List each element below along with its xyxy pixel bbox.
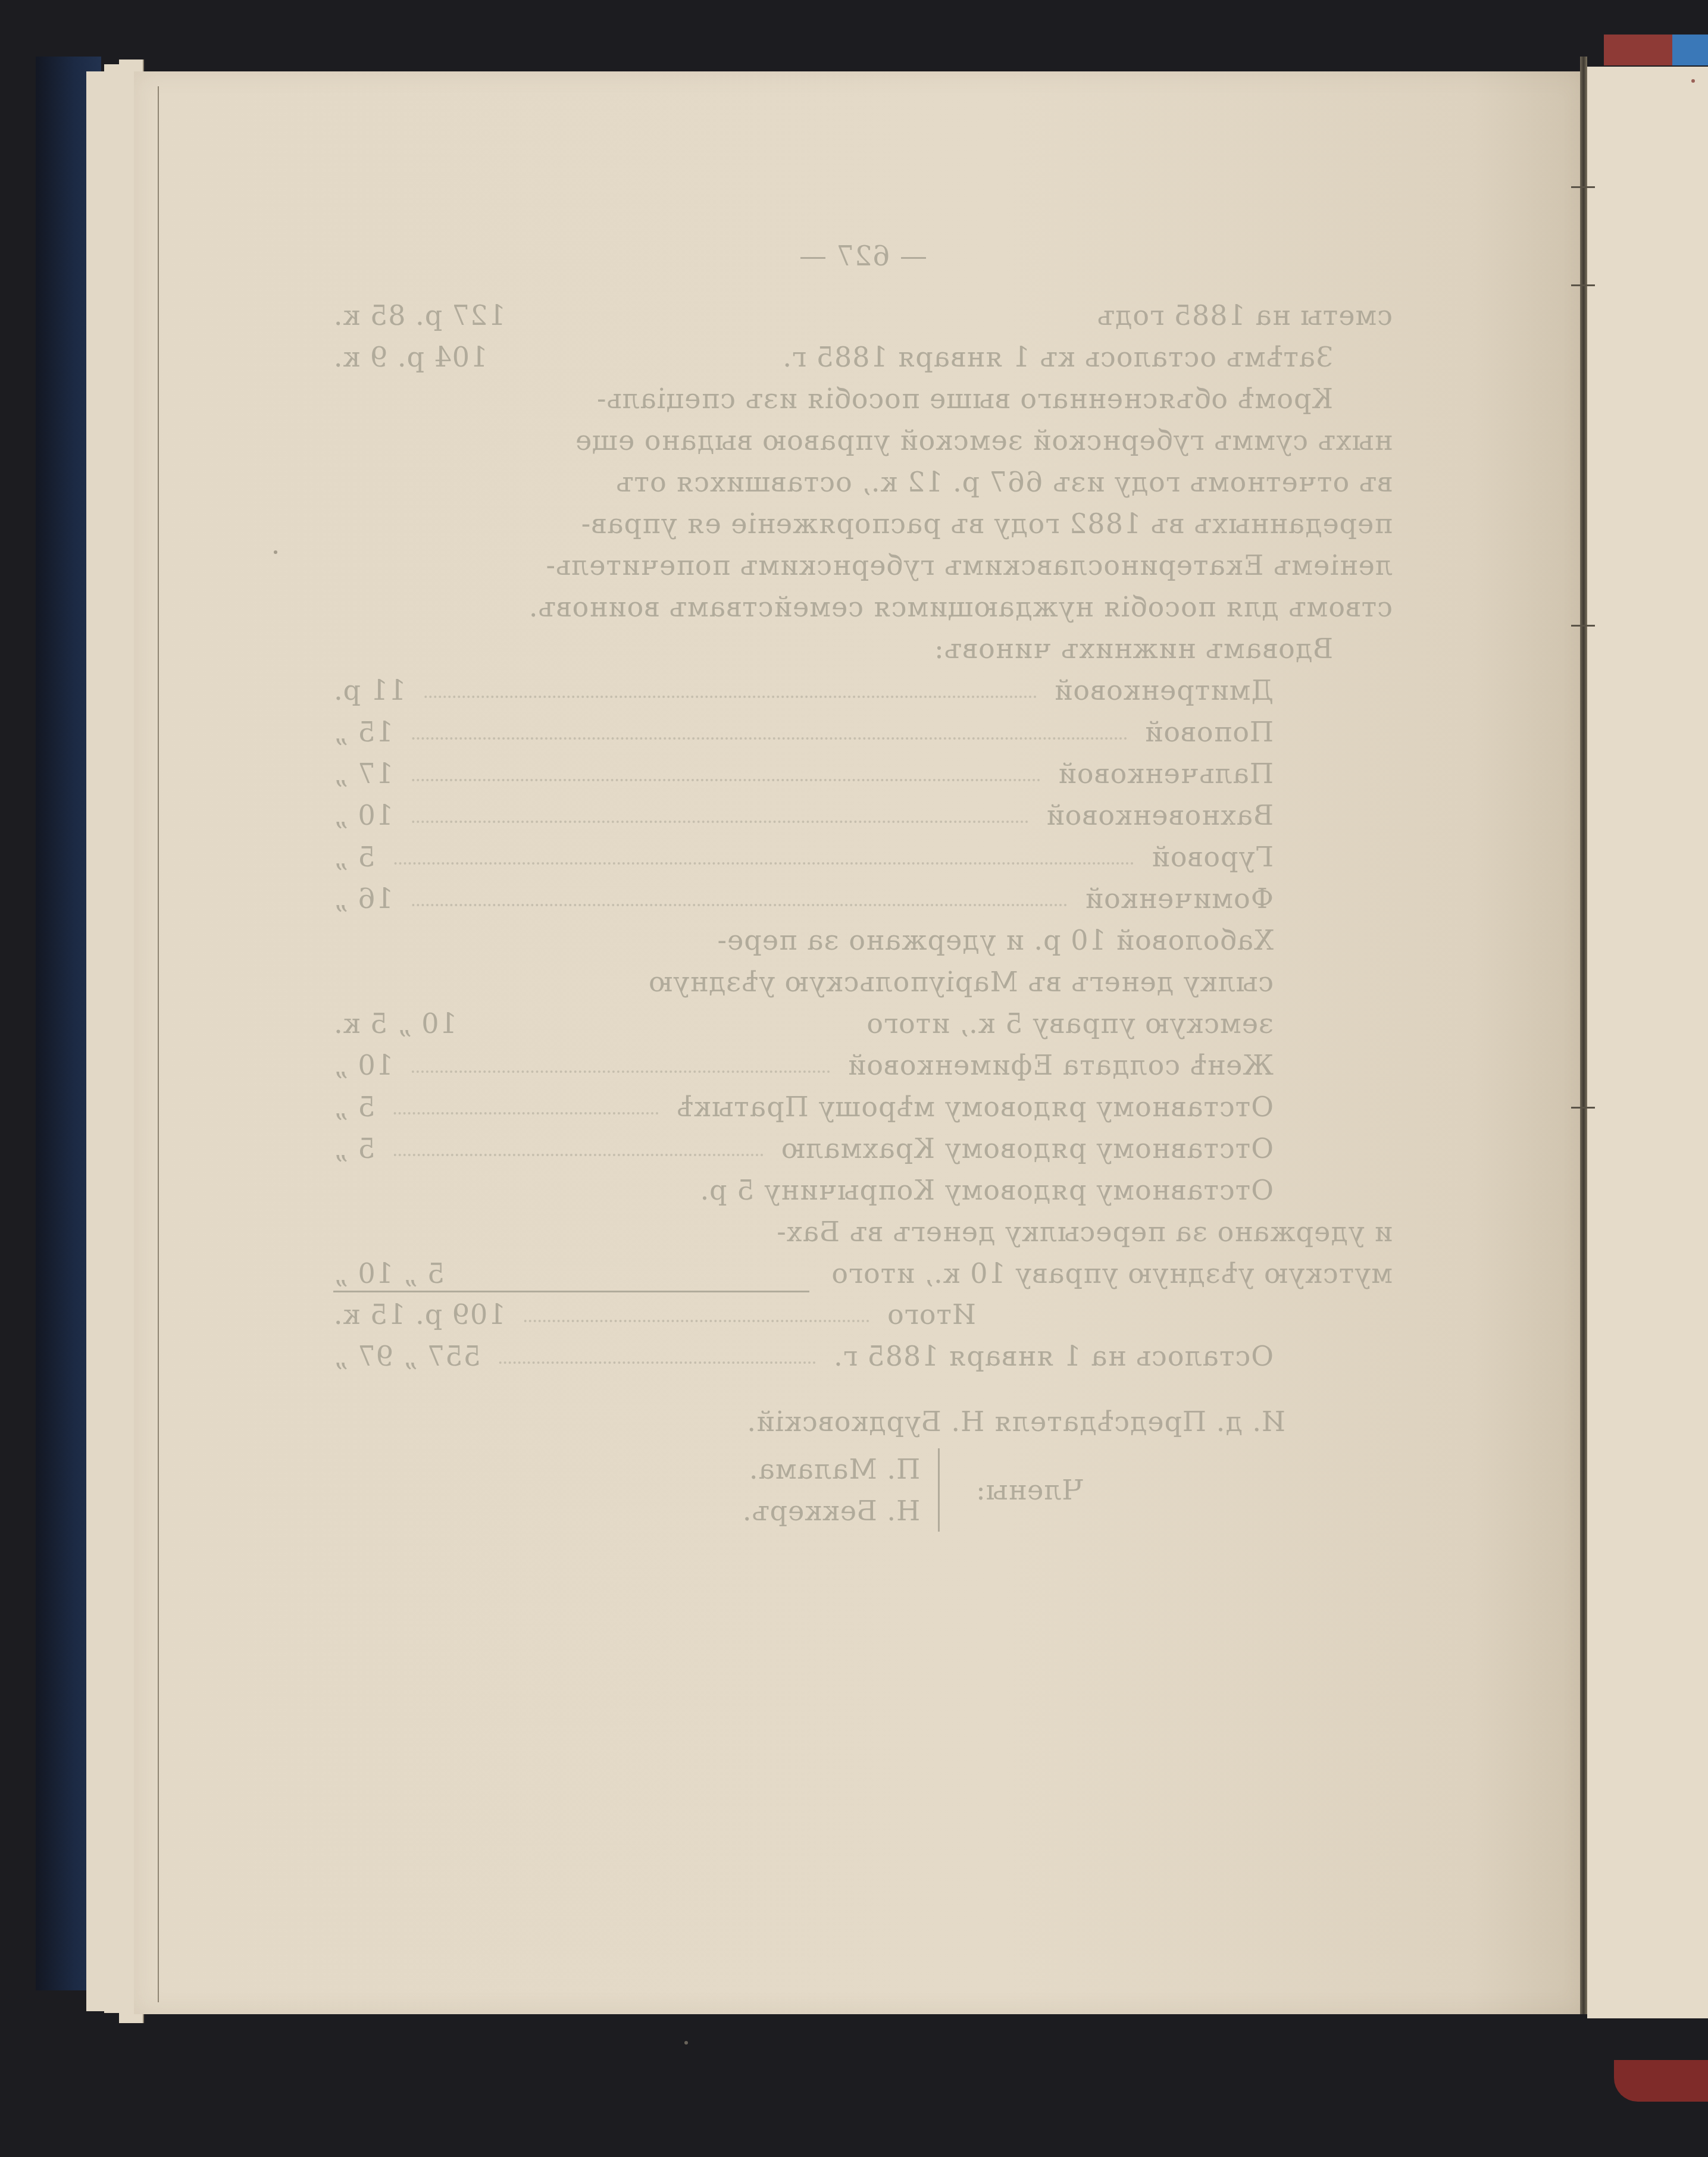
facing-page — [1587, 67, 1708, 2018]
gutter — [1580, 57, 1587, 2014]
paragraph-line: въ отчетномъ году изъ 667 р. 12 к., оста… — [333, 461, 1393, 503]
signature-block: И. д. Предсѣдателя Н. Бурдковскій. Члены… — [333, 1401, 1393, 1532]
chair-signature: И. д. Предсѣдателя Н. Бурдковскій. — [333, 1401, 1393, 1442]
page-edge-line — [158, 86, 159, 2002]
binding-red-bottom — [1614, 2060, 1708, 2102]
widow-row: Пальченковой 17 „ — [333, 753, 1393, 794]
payment-row: Женѣ солдата Ефименковой 10 „ — [333, 1044, 1393, 1086]
paragraph-line: Кромѣ объясненнаго выше пособія изъ спец… — [333, 378, 1393, 419]
widow-row: Вахновенковой 10 „ — [333, 794, 1393, 836]
text-line: Затѣмъ осталось къ 1 января 1885 г. 104 … — [333, 336, 1393, 378]
remaining-row: Осталось на 1 января 1885 г. 557 „ 97 „ — [333, 1335, 1393, 1377]
binding-stitch — [1571, 284, 1595, 286]
paragraph-line: ствомъ для пособія нуждающимся семейства… — [333, 586, 1393, 628]
binding-blue-top — [1672, 35, 1708, 65]
text-line: земскую управу 5 к., итого 10 „ 5 к. — [333, 1003, 1393, 1044]
text-line: Хаболовой 10 р. и удержано за пере- — [333, 919, 1393, 961]
total-row: Итого 109 р. 15 к. — [333, 1294, 1393, 1335]
binding-red-top — [1604, 35, 1672, 65]
binding-stitch — [1571, 186, 1595, 188]
payment-row: Отставному рядовому мѣрошу Пратыкѣ 5 „ — [333, 1086, 1393, 1128]
widow-row: Поповой 15 „ — [333, 711, 1393, 753]
paper-speck — [684, 2041, 688, 2045]
paragraph-line: ныхъ суммъ губернской земской управою вы… — [333, 419, 1393, 461]
text-line: сылку денегъ въ Маріупольскую уѣздную — [333, 961, 1393, 1003]
paragraph-line: переданныхъ въ 1882 году въ распоряженіе… — [333, 503, 1393, 544]
widow-row: Гуровой 5 „ — [333, 836, 1393, 878]
payment-row: Отставному рядовому Крахмалю 5 „ — [333, 1128, 1393, 1169]
paper-speck — [1691, 79, 1695, 83]
members-signatures: Члены: П. Малама. Н. Беккеръ. — [333, 1448, 1393, 1532]
members-label: Члены: — [975, 1469, 1083, 1511]
text-line: мутскую уѣздную управу 10 к., итого 5 „ … — [333, 1253, 1393, 1294]
widow-row: Фомиченкой 16 „ — [333, 878, 1393, 919]
binding-stitch — [1571, 625, 1595, 627]
page-number: — 627 — — [333, 235, 1393, 277]
widows-heading: Вдовамъ нижнихъ чиновъ: — [333, 628, 1393, 669]
widow-row: Дмитренковой 11 р. — [333, 669, 1393, 711]
text-line: Отставному рядовому Копрычину 5 р. — [333, 1169, 1393, 1211]
text-line: сметы на 1885 годъ 127 р. 85 к. — [333, 295, 1393, 336]
binding-stitch — [1571, 1107, 1595, 1109]
mirrored-text-block: — 627 — сметы на 1885 годъ 127 р. 85 к. … — [333, 235, 1393, 1782]
paragraph-line: леніемъ Екатеринославскимъ губернскимъ п… — [333, 544, 1393, 586]
text-line: и удержано за пересылку денегъ въ Бах- — [333, 1211, 1393, 1253]
member-signature: Н. Беккеръ. — [742, 1490, 920, 1532]
paper-speck — [274, 550, 277, 554]
member-signature: П. Малама. — [742, 1448, 920, 1490]
